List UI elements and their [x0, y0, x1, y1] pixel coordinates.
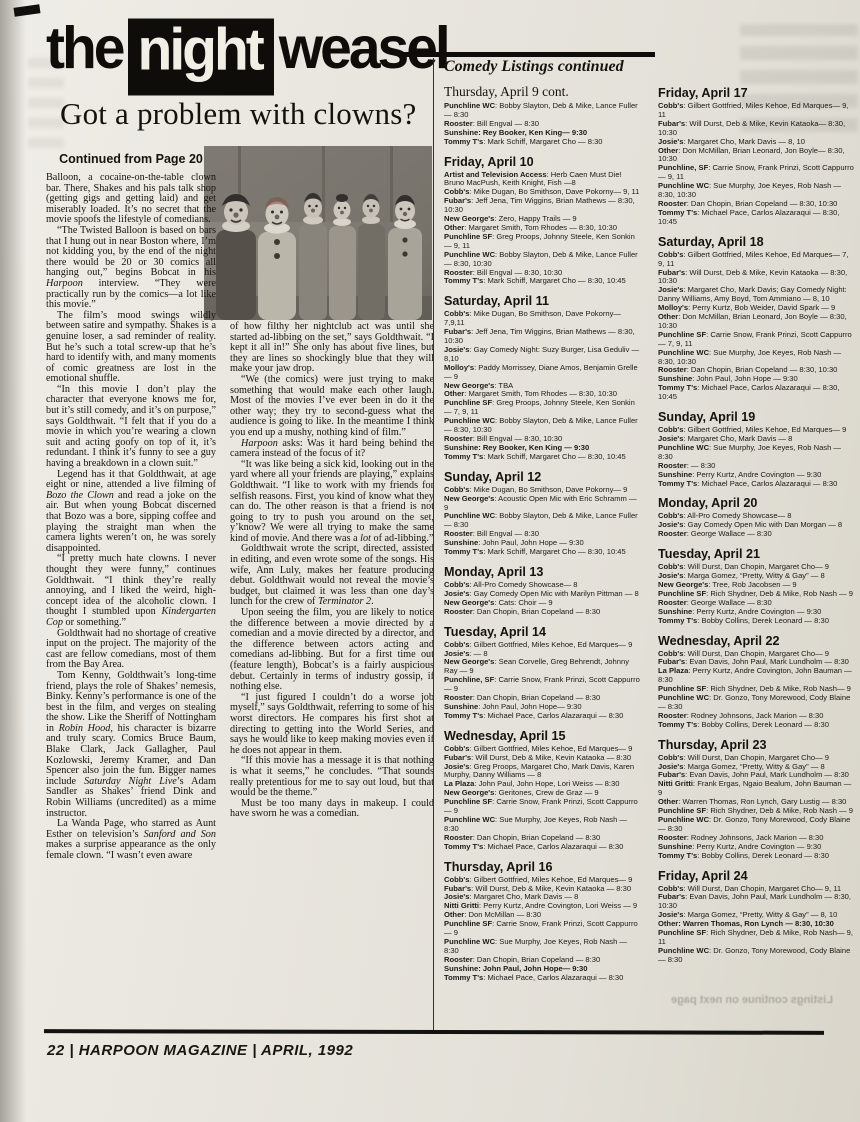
listing-entry: Punchline WC: Bobby Slayton, Deb & Mike,… — [444, 512, 642, 530]
venue-name: Tommy T's — [658, 208, 697, 217]
day-heading: Monday, April 20 — [658, 496, 856, 510]
venue-name: New George's — [444, 788, 494, 797]
venue-name: Cobb's — [444, 875, 469, 884]
venue-name: Rooster — [658, 833, 687, 842]
listing-entry: Tommy T's: Bobby Collins, Derek Leonard … — [658, 617, 856, 626]
listing-day: Sunday, April 12Cobb's: Mike Dugan, Bo S… — [444, 470, 642, 557]
listing-entry: Punchline WC: Bobby Slayton, Deb & Mike,… — [444, 417, 642, 435]
venue-name: Cobb's — [658, 250, 683, 259]
venue-name: Punchline WC — [658, 181, 709, 190]
venue-name: Cobb's — [444, 187, 469, 196]
listing-entry: Tommy T's: Michael Pace, Carlos Alazaraq… — [658, 480, 856, 489]
venue-name: Cobb's — [658, 884, 683, 893]
listing-entry: Fubar's: Evan Davis, John Paul, Mark Lun… — [658, 893, 856, 911]
listing-day: Tuesday, April 21Cobb's: Will Durst, Dan… — [658, 547, 856, 625]
listing-day: Thursday, April 9 cont.Punchline WC: Bob… — [444, 84, 642, 147]
venue-name: Fubar's — [658, 119, 685, 128]
venue-name: Josie's — [444, 589, 469, 598]
venue-name: Other — [658, 797, 678, 806]
venue-name: Rooster — [658, 598, 687, 607]
venue-name: Fubar's — [658, 268, 685, 277]
venue-name: Cobb's — [444, 580, 469, 589]
listing-day: Sunday, April 19Cobb's: Gilbert Gottfrie… — [658, 410, 856, 488]
venue-name: Fubar's — [444, 196, 471, 205]
venue-name: Cobb's — [658, 425, 683, 434]
venue-name: Tommy T's — [444, 137, 483, 146]
venue-name: Sunshine — [658, 374, 692, 383]
day-heading: Saturday, April 11 — [444, 294, 642, 308]
listing-entry: New George's: Sean Corvelle, Greg Behren… — [444, 658, 642, 676]
listing-entry: Punchline SF: Carrie Snow, Frank Prinzi,… — [444, 798, 642, 816]
venue-name: Tommy T's — [658, 383, 697, 392]
venue-name: Tommy T's — [444, 276, 483, 285]
venue-name: Cobb's — [444, 309, 469, 318]
venue-name: Punchline WC — [444, 416, 495, 425]
masthead-word-weasel: weasel — [279, 19, 448, 77]
listing-entry: Molloy's: Paddy Morrissey, Diane Amos, B… — [444, 364, 642, 382]
listing-entry: Tommy T's: Michael Pace, Carlos Alazaraq… — [444, 843, 642, 852]
venue-name: Rooster — [658, 529, 687, 538]
venue-name: Tommy T's — [658, 479, 697, 488]
venue-name: Rooster — [444, 955, 473, 964]
article-paragraph: The film’s mood swings wildly between sa… — [46, 311, 216, 385]
listing-entry: Punchline WC: Sue Murphy, Joe Keyes, Rob… — [444, 816, 642, 834]
venue-name: Punchline WC — [444, 815, 495, 824]
listing-entry: Tommy T's: Mark Schiff, Margaret Cho — 8… — [444, 453, 642, 462]
day-heading: Friday, April 10 — [444, 155, 642, 169]
article-paragraph: La Wanda Page, who starred as Aunt Esthe… — [46, 819, 216, 861]
listing-entry: New George's: Acoustic Open Mic with Eri… — [444, 495, 642, 513]
article-paragraph: Must be too many days in makeup. I could… — [230, 799, 434, 820]
venue-name: Sunshine — [658, 470, 692, 479]
venue-name: Punchline SF — [658, 684, 706, 693]
venue-name: Punchline SF — [444, 232, 492, 241]
venue-name: Punchline WC — [444, 101, 495, 110]
listing-day: Friday, April 17Cobb's: Gilbert Gottfrie… — [658, 86, 856, 227]
listings-days-1: Thursday, April 9 cont.Punchline WC: Bob… — [444, 84, 642, 983]
listing-entry: Punchline WC: Bobby Slayton, Deb & Mike,… — [444, 102, 642, 120]
venue-name: Molloy's — [658, 303, 688, 312]
venue-name: Other — [444, 910, 464, 919]
listing-entry: Punchline SF: Rich Shydner, Deb & Mike, … — [658, 929, 856, 947]
day-heading: Wednesday, April 15 — [444, 729, 642, 743]
listing-entry: Tommy T's: Michael Pace, Carlos Alazaraq… — [444, 712, 642, 721]
venue-name: Punchline WC — [444, 250, 495, 259]
day-heading: Thursday, April 9 cont. — [444, 84, 642, 100]
listing-entry: Tommy T's: Bobby Collins, Derek Leonard … — [658, 852, 856, 861]
comedy-listings: Comedy Listings continued Thursday, Apri… — [444, 58, 856, 1026]
listing-entry: Punchline WC: Sue Murphy, Joe Keyes, Rob… — [658, 349, 856, 367]
venue-name: Rooster — [444, 693, 473, 702]
article-paragraph: “If this movie has a message it is that … — [230, 756, 434, 798]
article-headline: Got a problem with clowns? — [60, 96, 416, 132]
venue-name: Punchline SF — [444, 398, 492, 407]
venue-name: Cobb's — [658, 562, 683, 571]
listing-entry: Punchline WC: Bobby Slayton, Deb & Mike,… — [444, 251, 642, 269]
venue-name: Sunshine — [444, 702, 478, 711]
footer-rule — [44, 1029, 824, 1035]
listing-entry: Punchline WC: Sue Murphy, Joe Keyes, Rob… — [658, 182, 856, 200]
day-heading: Tuesday, April 21 — [658, 547, 856, 561]
article-paragraph: “I just figured I couldn’t do a worse jo… — [230, 693, 434, 757]
listing-entry: Fubar's: Will Durst, Deb & Mike, Kevin K… — [658, 269, 856, 287]
day-heading: Saturday, April 18 — [658, 235, 856, 249]
venue-name: Punchline WC — [658, 693, 709, 702]
venue-name: Fubar's — [658, 770, 685, 779]
listing-entry: Cobb's: Gilbert Gottfried, Miles Kehoe, … — [658, 102, 856, 120]
venue-name: Rooster — [444, 833, 473, 842]
venue-name: Punchline WC — [658, 815, 709, 824]
listing-day: Tuesday, April 14Cobb's: Gilbert Gottfri… — [444, 625, 642, 721]
venue-name: Molloy's — [444, 363, 474, 372]
venue-name: Punchline SF — [658, 928, 706, 937]
page-edge-shadow — [0, 0, 26, 1122]
article-paragraph: Balloon, a cocaine-on-the-table clown ba… — [46, 173, 216, 226]
listing-entry: Other: Don McMillan, Brian Leonard, Jon … — [658, 147, 856, 165]
venue-name: Other — [658, 312, 678, 321]
listing-day: Wednesday, April 15Cobb's: Gilbert Gottf… — [444, 729, 642, 852]
masthead-word-the: the — [46, 19, 123, 77]
venue-name: Josie's — [444, 762, 469, 771]
venue-name: Sunshine — [444, 538, 478, 547]
day-heading: Monday, April 13 — [444, 565, 642, 579]
venue-name: Rooster — [658, 711, 687, 720]
listing-day: Monday, April 20Cobb's: All-Pro Comedy S… — [658, 496, 856, 539]
listing-entry: Other: Don McMillan, Brian Leonard, Jon … — [658, 313, 856, 331]
day-heading: Friday, April 24 — [658, 869, 856, 883]
listing-entry: Josie's: Greg Proops, Margaret Cho, Mark… — [444, 763, 642, 781]
listing-day: Wednesday, April 22Cobb's: Will Durst, D… — [658, 634, 856, 730]
listing-day: Monday, April 13Cobb's: All-Pro Comedy S… — [444, 565, 642, 617]
article-paragraph: “We (the comics) were just trying to mak… — [230, 375, 434, 439]
listing-entry: Rooster: Dan Chopin, Brian Copeland — 8:… — [444, 608, 642, 617]
article-column-1: Continued from Page 20 Balloon, a cocain… — [46, 150, 216, 862]
listing-day: Friday, April 24Cobb's: Will Durst, Dan … — [658, 869, 856, 965]
article-paragraph: of how filthy her nightclub act was unti… — [230, 322, 434, 375]
venue-name: Josie's — [658, 137, 683, 146]
day-heading: Wednesday, April 22 — [658, 634, 856, 648]
listing-entry: Tommy T's: Michael Pace, Carlos Alazaraq… — [658, 384, 856, 402]
article-paragraph: Goldthwait had no shortage of creative i… — [46, 629, 216, 671]
venue-name: Artist and Television Access — [444, 170, 547, 179]
venue-name: Cobb's — [658, 649, 683, 658]
listing-day: Friday, April 10Artist and Television Ac… — [444, 155, 642, 287]
venue-name: Fubar's — [444, 753, 471, 762]
venue-name: New George's — [444, 494, 494, 503]
article-paragraph: “I pretty much hate clowns. I never thou… — [46, 554, 216, 628]
listings-column-2: Friday, April 17Cobb's: Gilbert Gottfrie… — [658, 58, 856, 1026]
venue-name: Cobb's — [658, 753, 683, 762]
venue-name: Punchline SF — [658, 589, 706, 598]
venue-name: Fubar's — [658, 892, 685, 901]
venue-name: Rooster — [444, 434, 473, 443]
article-body: Continued from Page 20 Balloon, a cocain… — [46, 150, 434, 862]
listings-column-1: Comedy Listings continued Thursday, Apri… — [444, 58, 642, 1026]
listing-entry: Punchline WC: Sue Murphy, Joe Keyes, Rob… — [444, 938, 642, 956]
venue-name: Cobb's — [444, 640, 469, 649]
day-heading: Sunday, April 19 — [658, 410, 856, 424]
venue-name: Other — [658, 919, 678, 928]
article-paragraph: Harpoon asks: Was it hard being behind t… — [230, 439, 434, 460]
listing-entry: Punchline WC: Dr. Gonzo, Tony Morewood, … — [658, 694, 856, 712]
venue-name: Josie's — [658, 910, 683, 919]
venue-name: Punchline WC — [444, 511, 495, 520]
venue-name: Sunshine — [444, 128, 478, 137]
day-heading: Friday, April 17 — [658, 86, 856, 100]
venue-name: Nitti Gritti — [658, 779, 693, 788]
listing-entry: Josie's: Margaret Cho, Mark Davis; Gay C… — [658, 286, 856, 304]
listing-entry: Punchline SF: Carrie Snow, Frank Prinzi,… — [444, 920, 642, 938]
listing-day: Thursday, April 16Cobb's: Gilbert Gottfr… — [444, 860, 642, 983]
venue-name: Rooster — [444, 119, 473, 128]
venue-name: Rooster — [444, 607, 473, 616]
venue-name: Tommy T's — [658, 851, 697, 860]
listing-entry: Artist and Television Access: Herb Caen … — [444, 171, 642, 189]
listing-entry: Fubar's: Will Durst, Deb & Mike, Kevin K… — [658, 120, 856, 138]
venue-name: New George's — [444, 598, 494, 607]
listing-entry: Tommy T's: Michael Pace, Carlos Alazaraq… — [444, 974, 642, 983]
venue-name: New George's — [658, 580, 708, 589]
venue-name: Other — [444, 223, 464, 232]
venue-name: Sunshine — [658, 607, 692, 616]
listing-day: Thursday, April 23Cobb's: Will Durst, Da… — [658, 738, 856, 861]
venue-name: Cobb's — [444, 744, 469, 753]
venue-name: Punchline SF — [444, 797, 492, 806]
venue-name: Nitti Gritti — [444, 901, 479, 910]
listing-entry: Punchline, SF: Carrie Snow, Frank Prinzi… — [658, 164, 856, 182]
listing-entry: Punchline SF: Carrie Snow, Frank Prinzi,… — [658, 331, 856, 349]
venue-name: Punchline WC — [658, 443, 709, 452]
venue-name: Rooster — [658, 365, 687, 374]
listing-day: Saturday, April 11Cobb's: Mike Dugan, Bo… — [444, 294, 642, 461]
magazine-page: the night weasel Got a problem with clow… — [0, 0, 860, 1122]
listing-entry: Punchline WC: Dr. Gonzo, Tony Morewood, … — [658, 947, 856, 965]
venue-name: Cobb's — [444, 485, 469, 494]
venue-name: Rooster — [444, 529, 473, 538]
listing-entry: Cobb's: Gilbert Gottfried, Miles Kehoe, … — [658, 251, 856, 269]
article-column-1-text: Balloon, a cocaine-on-the-table clown ba… — [46, 173, 216, 862]
venue-name: New George's — [444, 381, 494, 390]
venue-name: Other — [444, 389, 464, 398]
venue-name: Punchline, SF — [444, 675, 494, 684]
article-paragraph: “It was like being a sick kid, looking o… — [230, 460, 434, 545]
listing-entry: Rooster: George Wallace — 8:30 — [658, 530, 856, 539]
venue-name: Rooster — [658, 461, 687, 470]
column-divider-rule — [433, 58, 434, 1030]
article-paragraph: “In this movie I don’t play the characte… — [46, 385, 216, 470]
venue-name: Josie's — [658, 762, 683, 771]
venue-name: Punchline WC — [444, 937, 495, 946]
venue-name: La Plaza — [658, 666, 688, 675]
listing-entry: Punchline WC: Sue Murphy, Joe Keyes, Rob… — [658, 444, 856, 462]
listing-entry: Tommy T's: Michael Pace, Carlos Alazaraq… — [658, 209, 856, 227]
venue-name: Punchline WC — [658, 946, 709, 955]
day-heading: Sunday, April 12 — [444, 470, 642, 484]
article-paragraph: “The Twisted Balloon is based on bars th… — [46, 226, 216, 311]
article-paragraph: Goldthwait wrote the script, directed, a… — [230, 544, 434, 608]
article-paragraph: Upon seeing the film, you are likely to … — [230, 608, 434, 693]
listing-entry: Josie's: Gay Comedy Night: Suzy Burger, … — [444, 346, 642, 364]
venue-name: Fubar's — [444, 327, 471, 336]
venue-name: Fubar's — [658, 657, 685, 666]
venue-name: La Plaza — [444, 779, 474, 788]
venue-name: Sunshine — [658, 842, 692, 851]
venue-name: Josie's — [444, 892, 469, 901]
venue-name: Josie's — [444, 345, 469, 354]
article-column-2: of how filthy her nightclub act was unti… — [230, 150, 434, 862]
listing-entry: Punchline SF: Greg Proops, Johnny Steele… — [444, 399, 642, 417]
continued-from-label: Continued from Page 20 — [46, 152, 216, 166]
venue-name: Josie's — [444, 649, 469, 658]
masthead: the night weasel — [46, 20, 448, 94]
masthead-rule — [402, 52, 655, 57]
venue-name: Sunshine — [444, 443, 478, 452]
page-footer: 22 | HARPOON MAGAZINE | APRIL, 1992 — [47, 1042, 353, 1059]
listing-entry: Cobb's: Mike Dugan, Bo Smithson, Dave Po… — [444, 310, 642, 328]
listing-entry: Punchline, SF: Carrie Snow, Frank Prinzi… — [444, 676, 642, 694]
venue-name: New George's — [444, 657, 494, 666]
venue-name: Josie's — [658, 434, 683, 443]
article-paragraph: Tom Kenny, Goldthwait’s long-time friend… — [46, 671, 216, 819]
bleedthrough-ghost-text: Listings continue on next page — [652, 994, 852, 1006]
venue-name: Cobb's — [658, 511, 683, 520]
venue-name: Tommy T's — [444, 452, 483, 461]
listing-entry: Fubar's: Jeff Jena, Tim Wiggins, Brian M… — [444, 328, 642, 346]
listing-entry: La Plaza: Perry Kurtz, Andre Covington, … — [658, 667, 856, 685]
listing-entry: Nitti Gritti: Frank Ergas, Ngaio Bealum,… — [658, 780, 856, 798]
venue-name: Tommy T's — [444, 711, 483, 720]
day-heading: Tuesday, April 14 — [444, 625, 642, 639]
listing-day: Saturday, April 18Cobb's: Gilbert Gottfr… — [658, 235, 856, 402]
venue-name: Fubar's — [444, 884, 471, 893]
masthead-word-night: night — [128, 19, 274, 96]
listing-entry: Tommy T's: Mark Schiff, Margaret Cho — 8… — [444, 138, 642, 147]
venue-name: Punchline SF — [444, 919, 492, 928]
venue-name: Tommy T's — [658, 720, 697, 729]
article-paragraph: Legend has it that Goldthwait, at age ei… — [46, 470, 216, 555]
listing-entry: Tommy T's: Bobby Collins, Derek Leonard … — [658, 721, 856, 730]
venue-name: New George's — [444, 214, 494, 223]
venue-name: Sunshine — [444, 964, 478, 973]
venue-name: Other — [658, 146, 678, 155]
venue-name: Punchline WC — [658, 348, 709, 357]
venue-name: Punchline, SF — [658, 163, 708, 172]
venue-name: Josie's — [658, 285, 683, 294]
venue-name: Tommy T's — [444, 842, 483, 851]
venue-name: Tommy T's — [444, 547, 483, 556]
article-column-2-text: of how filthy her nightclub act was unti… — [230, 322, 434, 820]
venue-name: Punchline SF — [658, 330, 706, 339]
listings-header: Comedy Listings continued — [444, 58, 642, 76]
listing-entry: Punchline WC: Dr. Gonzo, Tony Morewood, … — [658, 816, 856, 834]
venue-name: Rooster — [444, 268, 473, 277]
listings-days-2: Friday, April 17Cobb's: Gilbert Gottfrie… — [658, 86, 856, 965]
listing-entry: Punchline SF: Greg Proops, Johnny Steele… — [444, 233, 642, 251]
venue-name: Tommy T's — [658, 616, 697, 625]
listing-entry: Tommy T's: Mark Schiff, Margaret Cho — 8… — [444, 277, 642, 286]
day-heading: Thursday, April 16 — [444, 860, 642, 874]
day-heading: Thursday, April 23 — [658, 738, 856, 752]
venue-name: Josie's — [658, 520, 683, 529]
listing-entry: Fubar's: Jeff Jena, Tim Wiggins, Brian M… — [444, 197, 642, 215]
venue-name: Tommy T's — [444, 973, 483, 982]
venue-name: Rooster — [658, 199, 687, 208]
venue-name: Punchline SF — [658, 806, 706, 815]
venue-name: Cobb's — [658, 101, 683, 110]
venue-name: Josie's — [658, 571, 683, 580]
listing-entry: Tommy T's: Mark Schiff, Margaret Cho — 8… — [444, 548, 642, 557]
